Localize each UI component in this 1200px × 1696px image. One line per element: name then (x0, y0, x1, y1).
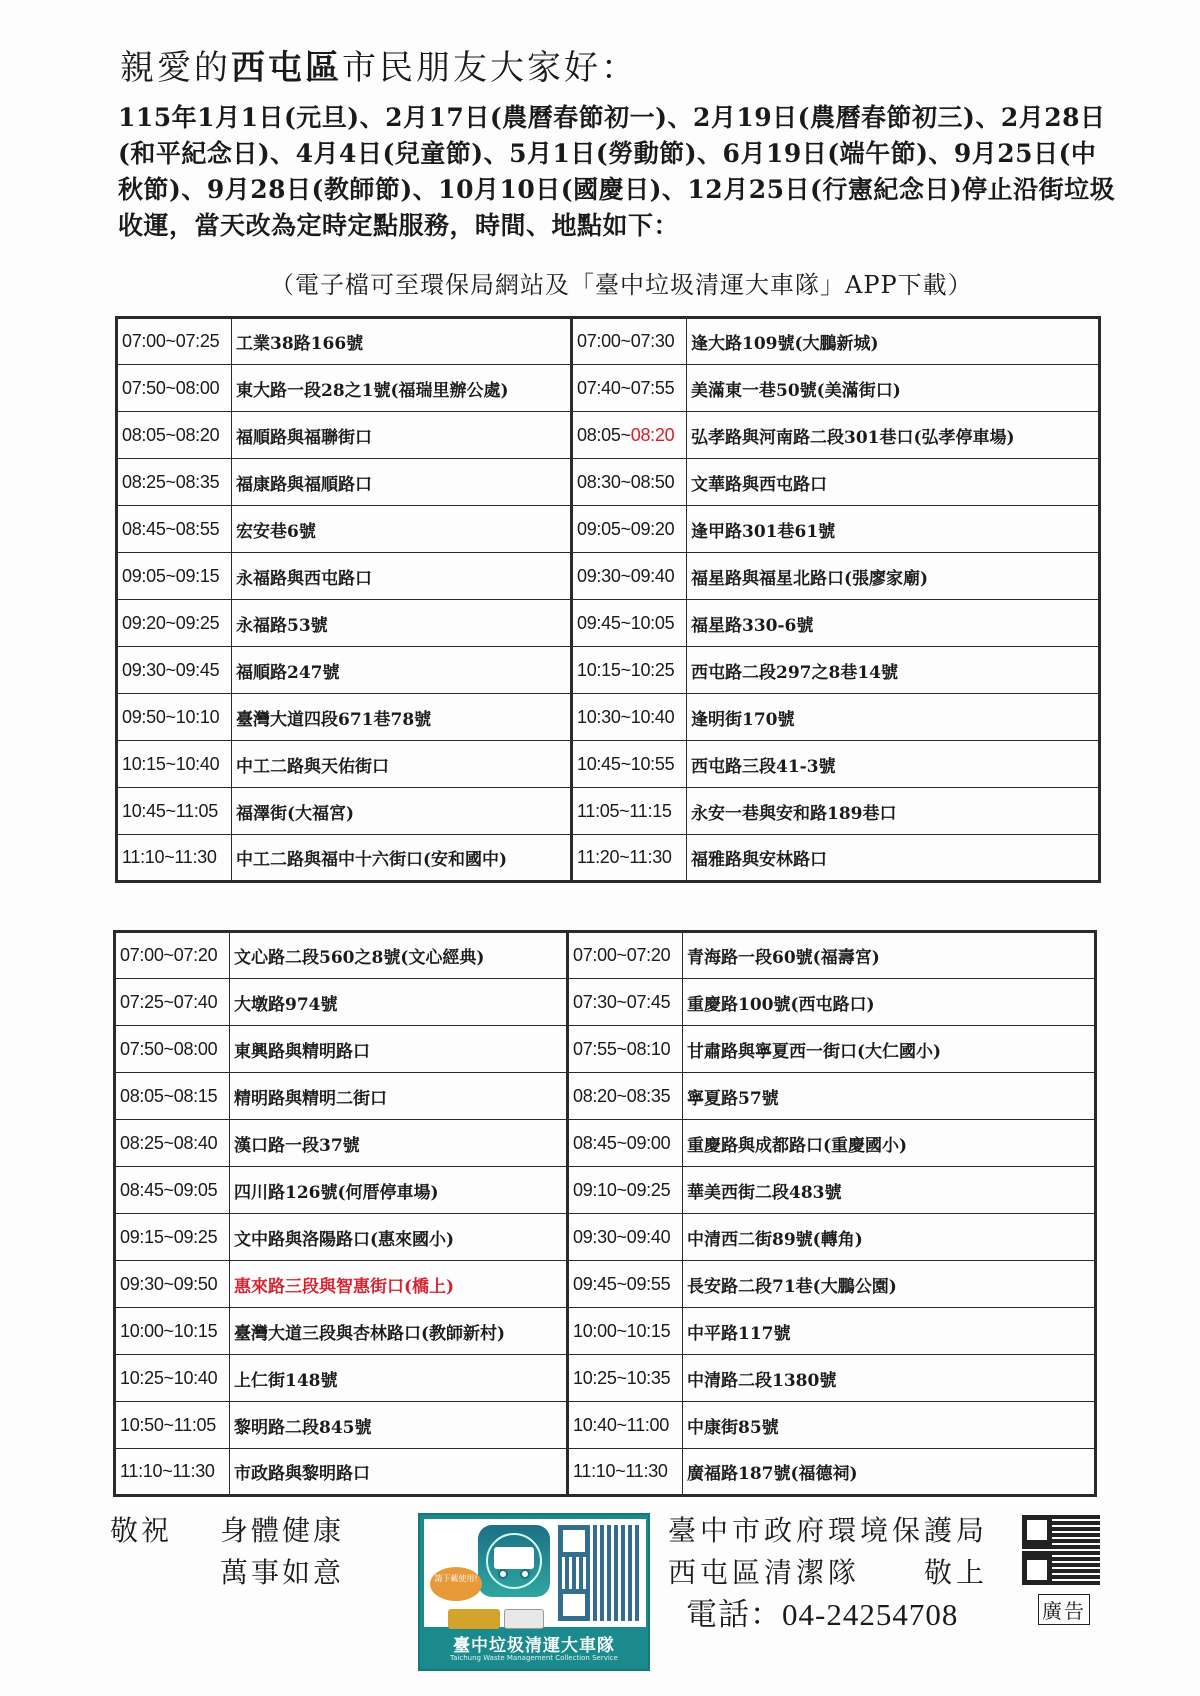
table-row: 07:50~08:00東大路一段28之1號(福瑞里辦公處)07:40~07:55… (117, 365, 1100, 412)
right-time-cell: 09:30~09:40 (568, 1214, 683, 1261)
left-location-cell: 大墩路974號 (230, 979, 568, 1026)
left-location-cell: 中工二路與天佑街口 (232, 741, 572, 788)
ad-label: 廣告 (1038, 1594, 1090, 1625)
right-time-cell: 09:30~09:40 (572, 553, 687, 600)
left-location-cell: 臺灣大道三段與杏林路口(教師新村) (230, 1308, 568, 1355)
left-location-cell: 永福路與西屯路口 (232, 553, 572, 600)
greeting-district: 西屯區 (231, 48, 342, 88)
right-location-cell: 中平路117號 (683, 1308, 1096, 1355)
left-time-cell: 10:15~10:40 (117, 741, 232, 788)
time-start: 08:05~ (577, 425, 631, 445)
table-row: 10:45~11:05福澤街(大福宮)11:05~11:15永安一巷與安和路18… (117, 788, 1100, 835)
table-row: 07:00~07:25工業38路166號07:00~07:30逢大路109號(大… (117, 318, 1100, 365)
closing-word: 敬祝 (110, 1510, 220, 1552)
right-location-cell: 重慶路與成都路口(重慶國小) (683, 1120, 1096, 1167)
right-location-cell: 福星路與福星北路口(張廖家廟) (687, 553, 1100, 600)
garbage-truck-app-icon (478, 1525, 550, 1597)
right-time-cell: 11:05~11:15 (572, 788, 687, 835)
left-location-cell: 精明路與精明二街口 (230, 1073, 568, 1120)
left-location-cell: 福順路與福聯街口 (232, 412, 572, 459)
left-location-cell: 工業38路166號 (232, 318, 572, 365)
signature-respect: 敬上 (924, 1552, 988, 1594)
table-row: 08:05~08:15精明路與精明二街口08:20~08:35寧夏路57號 (115, 1073, 1096, 1120)
right-location-cell: 寧夏路57號 (683, 1073, 1096, 1120)
trucks-illustration-icon (448, 1605, 548, 1631)
left-time-cell: 07:50~08:00 (115, 1026, 230, 1073)
right-time-cell: 07:40~07:55 (572, 365, 687, 412)
left-location-cell: 福順路247號 (232, 647, 572, 694)
left-time-cell: 08:25~08:40 (115, 1120, 230, 1167)
schedule-table-1: 07:00~07:25工業38路166號07:00~07:30逢大路109號(大… (115, 316, 1101, 883)
left-location-cell: 文心路二段560之8號(文心經典) (230, 932, 568, 979)
right-time-cell: 11:10~11:30 (568, 1449, 683, 1496)
left-location-cell: 四川路126號(何厝停車場) (230, 1167, 568, 1214)
left-location-cell: 惠來路三段與智惠街口(橋上) (230, 1261, 568, 1308)
greeting: 親愛的西屯區市民朋友大家好： (120, 40, 638, 89)
table-row: 11:10~11:30市政路與黎明路口11:10~11:30廣福路187號(福德… (115, 1449, 1096, 1496)
right-time-cell: 07:30~07:45 (568, 979, 683, 1026)
right-location-cell: 甘肅路與寧夏西一街口(大仁國小) (683, 1026, 1096, 1073)
right-time-cell: 09:10~09:25 (568, 1167, 683, 1214)
right-location-cell: 福雅路與安林路口 (687, 835, 1100, 882)
left-time-cell: 08:05~08:20 (117, 412, 232, 459)
right-location-cell: 中清路二段1380號 (683, 1355, 1096, 1402)
right-location-cell: 文華路與西屯路口 (687, 459, 1100, 506)
right-time-cell: 10:25~10:35 (568, 1355, 683, 1402)
table-row: 07:50~08:00東興路與精明路口07:55~08:10甘肅路與寧夏西一街口… (115, 1026, 1096, 1073)
left-time-cell: 11:10~11:30 (117, 835, 232, 882)
left-time-cell: 09:05~09:15 (117, 553, 232, 600)
left-location-cell: 臺灣大道四段671巷78號 (232, 694, 572, 741)
table-row: 09:50~10:10臺灣大道四段671巷78號10:30~10:40逢明街17… (117, 694, 1100, 741)
table-row: 08:45~08:55宏安巷6號09:05~09:20逢甲路301巷61號 (117, 506, 1100, 553)
holiday-intro: 115年1月1日(元旦)、2月17日(農曆春節初一)、2月19日(農曆春節初三)… (118, 100, 1118, 244)
left-time-cell: 10:45~11:05 (117, 788, 232, 835)
right-location-cell: 長安路二段71巷(大鵬公園) (683, 1261, 1096, 1308)
right-time-cell: 08:20~08:35 (568, 1073, 683, 1120)
left-time-cell: 10:50~11:05 (115, 1402, 230, 1449)
left-time-cell: 09:50~10:10 (117, 694, 232, 741)
table-row: 10:50~11:05黎明路二段845號10:40~11:00中康街85號 (115, 1402, 1096, 1449)
right-location-cell: 逢大路109號(大鵬新城) (687, 318, 1100, 365)
left-time-cell: 08:25~08:35 (117, 459, 232, 506)
right-time-cell: 07:00~07:20 (568, 932, 683, 979)
greeting-suffix: 市民朋友大家好： (342, 48, 638, 88)
download-note: （電子檔可至環保局網站及「臺中垃圾清運大車隊」APP下載） (270, 265, 973, 300)
right-location-cell: 美滿東一巷50號(美滿街口) (687, 365, 1100, 412)
left-time-cell: 07:25~07:40 (115, 979, 230, 1026)
right-time-cell: 10:15~10:25 (572, 647, 687, 694)
table-row: 09:30~09:45福順路247號10:15~10:25西屯路二段297之8巷… (117, 647, 1100, 694)
signature-phone: 電話：04-24254708 (668, 1594, 988, 1636)
table-row: 09:05~09:15永福路與西屯路口09:30~09:40福星路與福星北路口(… (117, 553, 1100, 600)
table-row: 10:00~10:15臺灣大道三段與杏林路口(教師新村)10:00~10:15中… (115, 1308, 1096, 1355)
table-row: 09:20~09:25永福路53號09:45~10:05福星路330-6號 (117, 600, 1100, 647)
left-time-cell: 07:00~07:20 (115, 932, 230, 979)
table-row: 08:45~09:05四川路126號(何厝停車場)09:10~09:25華美西街… (115, 1167, 1096, 1214)
right-location-cell: 廣福路187號(福德祠) (683, 1449, 1096, 1496)
right-time-cell: 11:20~11:30 (572, 835, 687, 882)
table-row: 08:25~08:35福康路與福順路口08:30~08:50文華路與西屯路口 (117, 459, 1100, 506)
left-time-cell: 10:25~10:40 (115, 1355, 230, 1402)
signature-block: 臺中市政府環境保護局 西屯區清潔隊敬上 電話：04-24254708 (668, 1510, 988, 1636)
left-location-cell: 上仁街148號 (230, 1355, 568, 1402)
signature-team: 西屯區清潔隊 (668, 1552, 860, 1594)
right-location-cell: 中清西二街89號(轉角) (683, 1214, 1096, 1261)
left-location-cell: 市政路與黎明路口 (230, 1449, 568, 1496)
left-location-cell: 東大路一段28之1號(福瑞里辦公處) (232, 365, 572, 412)
speech-bubble: 請下載使用! (430, 1567, 482, 1601)
right-time-cell: 08:45~09:00 (568, 1120, 683, 1167)
right-time-cell: 10:30~10:40 (572, 694, 687, 741)
right-time-cell: 09:45~09:55 (568, 1261, 683, 1308)
right-location-cell: 華美西街二段483號 (683, 1167, 1096, 1214)
app-card-panel: 請下載使用! (424, 1519, 646, 1627)
right-time-cell: 07:55~08:10 (568, 1026, 683, 1073)
ad-qr-code-icon[interactable] (1022, 1515, 1100, 1585)
right-location-cell: 重慶路100號(西屯路口) (683, 979, 1096, 1026)
right-location-cell: 西屯路三段41-3號 (687, 741, 1100, 788)
greeting-prefix: 親愛的 (120, 48, 231, 88)
right-time-cell: 10:00~10:15 (568, 1308, 683, 1355)
left-time-cell: 08:05~08:15 (115, 1073, 230, 1120)
right-location-cell: 永安一巷與安和路189巷口 (687, 788, 1100, 835)
left-location-cell: 永福路53號 (232, 600, 572, 647)
left-time-cell: 07:50~08:00 (117, 365, 232, 412)
app-qr-code-icon[interactable] (558, 1525, 642, 1621)
table-row: 08:05~08:20福順路與福聯街口08:05~08:20弘孝路與河南路二段3… (117, 412, 1100, 459)
left-time-cell: 09:30~09:45 (117, 647, 232, 694)
table-row: 09:30~09:50惠來路三段與智惠街口(橋上)09:45~09:55長安路二… (115, 1261, 1096, 1308)
right-location-cell: 中康街85號 (683, 1402, 1096, 1449)
right-time-cell: 08:30~08:50 (572, 459, 687, 506)
left-time-cell: 08:45~09:05 (115, 1167, 230, 1214)
right-location-cell: 逢甲路301巷61號 (687, 506, 1100, 553)
closing-blessing: 敬祝身體健康 萬事如意 (110, 1510, 344, 1594)
right-time-cell: 09:05~09:20 (572, 506, 687, 553)
app-download-card[interactable]: 請下載使用! 臺中垃圾清運大車隊 Taichung Waste Manageme… (418, 1513, 650, 1671)
closing-line: 身體健康 (220, 1510, 344, 1552)
table-row: 10:15~10:40中工二路與天佑街口10:45~10:55西屯路三段41-3… (117, 741, 1100, 788)
left-location-cell: 福澤街(大福宮) (232, 788, 572, 835)
left-location-cell: 漢口路一段37號 (230, 1120, 568, 1167)
left-time-cell: 09:15~09:25 (115, 1214, 230, 1261)
closing-line: 萬事如意 (220, 1552, 344, 1594)
right-location-cell: 逢明街170號 (687, 694, 1100, 741)
right-time-cell: 09:45~10:05 (572, 600, 687, 647)
right-location-cell: 西屯路二段297之8巷14號 (687, 647, 1100, 694)
left-location-cell: 文中路與洛陽路口(惠來國小) (230, 1214, 568, 1261)
right-location-cell: 弘孝路與河南路二段301巷口(弘孝停車場) (687, 412, 1100, 459)
left-location-cell: 福康路與福順路口 (232, 459, 572, 506)
signature-org: 臺中市政府環境保護局 (668, 1510, 988, 1552)
schedule-table-2: 07:00~07:20文心路二段560之8號(文心經典)07:00~07:20青… (113, 930, 1097, 1497)
right-location-cell: 青海路一段60號(福壽宮) (683, 932, 1096, 979)
intro-line: 115年1月1日(元旦)、2月17日(農曆春節初一)、2月19日(農曆春節初三)… (118, 100, 1118, 136)
table-row: 07:25~07:40大墩路974號07:30~07:45重慶路100號(西屯路… (115, 979, 1096, 1026)
table-row: 08:25~08:40漢口路一段37號08:45~09:00重慶路與成都路口(重… (115, 1120, 1096, 1167)
left-location-cell: 宏安巷6號 (232, 506, 572, 553)
table-row: 11:10~11:30中工二路與福中十六街口(安和國中)11:20~11:30福… (117, 835, 1100, 882)
left-time-cell: 10:00~10:15 (115, 1308, 230, 1355)
right-time-cell: 10:40~11:00 (568, 1402, 683, 1449)
right-time-cell: 10:45~10:55 (572, 741, 687, 788)
table-row: 10:25~10:40上仁街148號10:25~10:35中清路二段1380號 (115, 1355, 1096, 1402)
left-time-cell: 11:10~11:30 (115, 1449, 230, 1496)
right-time-cell: 08:05~08:20 (572, 412, 687, 459)
app-subtitle: Taichung Waste Management Collection Ser… (420, 1654, 648, 1662)
intro-line: (和平紀念日)、4月4日(兒童節)、5月1日(勞動節)、6月19日(端午節)、9… (118, 136, 1118, 172)
left-time-cell: 07:00~07:25 (117, 318, 232, 365)
left-location-cell: 中工二路與福中十六街口(安和國中) (232, 835, 572, 882)
table-row: 07:00~07:20文心路二段560之8號(文心經典)07:00~07:20青… (115, 932, 1096, 979)
right-time-cell: 07:00~07:30 (572, 318, 687, 365)
left-time-cell: 09:20~09:25 (117, 600, 232, 647)
intro-line: 收運，當天改為定時定點服務，時間、地點如下： (118, 208, 1118, 244)
intro-line: 秋節)、9月28日(教師節)、10月10日(國慶日)、12月25日(行憲紀念日)… (118, 172, 1118, 208)
app-name: 臺中垃圾清運大車隊 (420, 1631, 648, 1656)
right-location-cell: 福星路330-6號 (687, 600, 1100, 647)
left-time-cell: 08:45~08:55 (117, 506, 232, 553)
table-row: 09:15~09:25文中路與洛陽路口(惠來國小)09:30~09:40中清西二… (115, 1214, 1096, 1261)
time-end-changed: 08:20 (631, 425, 675, 445)
left-location-cell: 黎明路二段845號 (230, 1402, 568, 1449)
left-location-cell: 東興路與精明路口 (230, 1026, 568, 1073)
left-time-cell: 09:30~09:50 (115, 1261, 230, 1308)
